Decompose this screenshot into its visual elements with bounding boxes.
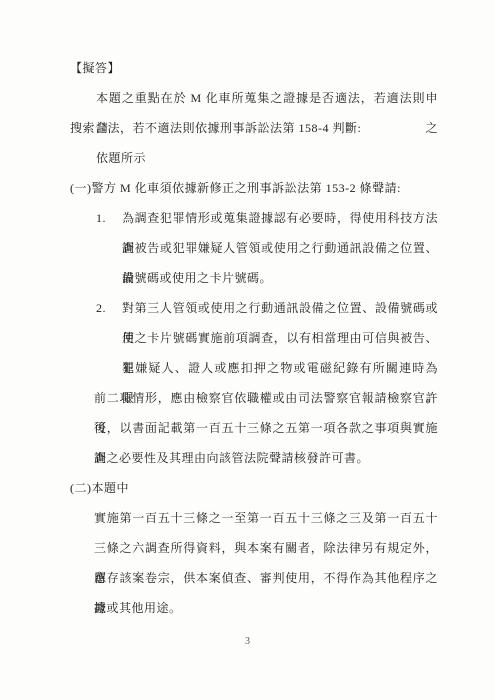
section-1-heading: (一)警方 M 化車須依據新修正之刑事訴訟法第 153-2 條聲請: [70,173,438,203]
draft-answer-heading: 【擬答】 [70,53,438,83]
list-item-1-line-1: 為調查犯罪情形或蒐集證據認有必要時，得使用科技方法調 [122,203,438,233]
section-2-body-line-1: 實施第一百五十三條之一至第一百五十三條之三及第一百五十 [94,503,438,533]
section-2-heading: (二)本題中 [70,473,438,503]
page-number: 3 [0,636,495,647]
section-2-body-line-4: 據或其他用途。 [94,593,438,623]
proviso-line-3: 查之必要性及其理由向該管法院聲請核發許可書。 [94,443,438,473]
answer-body: 【擬答】 本題之重點在於 M 化車所蒐集之證據是否適法，若適法則申請之 搜索合法… [70,53,438,623]
intro-subheading: 依題所示 [96,143,438,173]
list-item-1: 1. 為調查犯罪情形或蒐集證據認有必要時，得使用科技方法調 [70,203,438,233]
proviso-line-2: 後，以書面記載第一百五十三條之五第一項各款之事項與實施調 [94,413,438,443]
document-page: 【擬答】 本題之重點在於 M 化車所蒐集之證據是否適法，若適法則申請之 搜索合法… [0,0,495,700]
proviso-line-1: 前二項情形，應由檢察官依職權或由司法警察官報請檢察官許可 [94,383,438,413]
list-item-2: 2. 對第三人管領或使用之行動通訊設備之位置、設備號碼或使 [70,293,438,323]
section-2-body-line-2: 三條之六調查所得資料，與本案有關者，除法律另有規定外，應 [94,533,438,563]
list-item-2-line-2: 用之卡片號碼實施前項調查，以有相當理由可信與被告、犯 [122,323,438,353]
list-item-1-marker: 1. [96,203,122,233]
list-item-2-line-1: 對第三人管領或使用之行動通訊設備之位置、設備號碼或使 [122,293,438,323]
list-item-1-line-3: 備號碼或使用之卡片號碼。 [122,263,438,293]
intro-line-1: 本題之重點在於 M 化車所蒐集之證據是否適法，若適法則申請之 [96,83,438,113]
list-item-2-marker: 2. [96,293,122,323]
section-2-body-line-3: 留存該案卷宗，供本案偵查、審判使用，不得作為其他程序之證 [94,563,438,593]
list-item-1-line-2: 查被告或犯罪嫌疑人管領或使用之行動通訊設備之位置、設 [122,233,438,263]
list-item-2-line-3: 罪嫌疑人、證人或應扣押之物或電磁紀錄有所關連時為限。 [122,353,438,383]
